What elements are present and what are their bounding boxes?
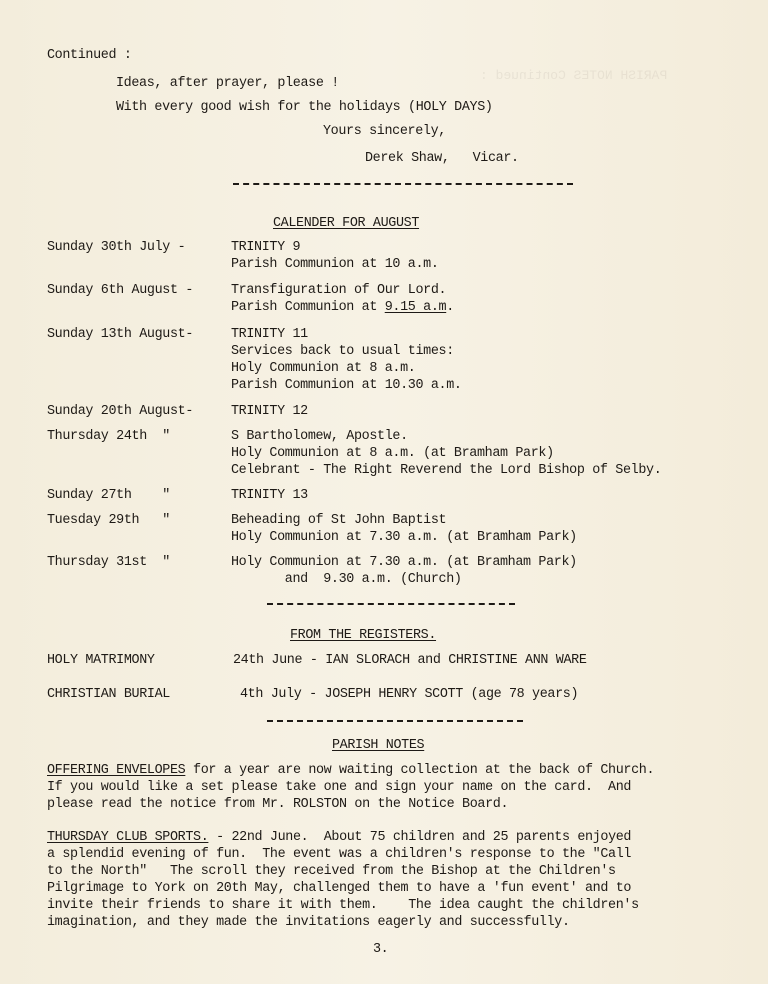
calendar-event: Transfiguration of Our Lord. <box>231 283 446 299</box>
calendar-event: Parish Communion at 10 a.m. <box>231 257 439 273</box>
calendar-event: Holy Communion at 7.30 a.m. (at Bramham … <box>231 555 577 571</box>
register-entry: 4th July - JOSEPH HENRY SCOTT (age 78 ye… <box>240 687 578 703</box>
calendar-event: Holy Communion at 8 a.m. (at Bramham Par… <box>231 446 554 462</box>
calendar-event: Holy Communion at 7.30 a.m. (at Bramham … <box>231 530 577 546</box>
calendar-event: S Bartholomew, Apostle. <box>231 429 408 445</box>
parish-notes-title: PARISH NOTES <box>332 738 424 754</box>
calendar-event: Parish Communion at 10.30 a.m. <box>231 378 462 394</box>
offering-text: for a year are now waiting collection at… <box>185 763 654 778</box>
calendar-event-text: Parish Communion at <box>231 300 385 315</box>
calendar-date: Sunday 30th July - <box>47 240 185 256</box>
calendar-event: Celebrant - The Right Reverend the Lord … <box>231 463 661 479</box>
underlined-time: 9.15 a.m <box>385 300 447 315</box>
offering-paragraph: OFFERING ENVELOPES for a year are now wa… <box>47 763 654 779</box>
letter-signature: Derek Shaw, Vicar. <box>365 151 519 167</box>
offering-line: If you would like a set please take one … <box>47 780 631 796</box>
calendar-event: and 9.30 a.m. (Church) <box>231 572 462 588</box>
offering-line: please read the notice from Mr. ROLSTON … <box>47 797 508 813</box>
register-entry: 24th June - IAN SLORACH and CHRISTINE AN… <box>233 653 587 669</box>
bleed-through-text: PARISH NOTES Continued : <box>480 68 667 83</box>
letter-line-2: With every good wish for the holidays (H… <box>116 100 493 116</box>
document-page: PARISH NOTES Continued : Continued : Ide… <box>0 0 768 984</box>
divider <box>233 183 573 185</box>
calendar-date: Sunday 13th August- <box>47 327 193 343</box>
offering-heading: OFFERING ENVELOPES <box>47 763 185 778</box>
calendar-event: Holy Communion at 8 a.m. <box>231 361 415 377</box>
thursday-line: a splendid evening of fun. The event was… <box>47 847 631 863</box>
calendar-date: Thursday 24th " <box>47 429 170 445</box>
register-label: CHRISTIAN BURIAL <box>47 687 170 703</box>
calendar-date: Sunday 27th " <box>47 488 170 504</box>
calendar-date: Sunday 6th August - <box>47 283 193 299</box>
calendar-event: Beheading of St John Baptist <box>231 513 446 529</box>
letter-closing: Yours sincerely, <box>323 124 446 140</box>
thursday-paragraph: THURSDAY CLUB SPORTS. - 22nd June. About… <box>47 830 631 846</box>
divider <box>267 720 523 722</box>
continued-label: Continued : <box>47 48 132 64</box>
calendar-event: TRINITY 12 <box>231 404 308 420</box>
letter-line-1: Ideas, after prayer, please ! <box>116 76 339 92</box>
calendar-event: TRINITY 11 <box>231 327 308 343</box>
calendar-event: Services back to usual times: <box>231 344 454 360</box>
calendar-date: Thursday 31st " <box>47 555 170 571</box>
calendar-title: CALENDER FOR AUGUST <box>273 216 419 232</box>
thursday-line: Pilgrimage to York on 20th May, challeng… <box>47 881 631 897</box>
thursday-heading: THURSDAY CLUB SPORTS. <box>47 830 208 845</box>
calendar-event-suffix: . <box>446 300 454 315</box>
thursday-line: to the North" The scroll they received f… <box>47 864 616 880</box>
thursday-line: invite their friends to share it with th… <box>47 898 639 914</box>
calendar-event: Parish Communion at 9.15 a.m. <box>231 300 454 316</box>
calendar-event: TRINITY 13 <box>231 488 308 504</box>
divider <box>267 603 515 605</box>
thursday-line: imagination, and they made the invitatio… <box>47 915 570 931</box>
calendar-date: Tuesday 29th " <box>47 513 170 529</box>
registers-title: FROM THE REGISTERS. <box>290 628 436 644</box>
calendar-date: Sunday 20th August- <box>47 404 193 420</box>
page-number: 3. <box>373 942 388 958</box>
register-label: HOLY MATRIMONY <box>47 653 155 669</box>
thursday-text: - 22nd June. About 75 children and 25 pa… <box>208 830 631 845</box>
calendar-event: TRINITY 9 <box>231 240 300 256</box>
